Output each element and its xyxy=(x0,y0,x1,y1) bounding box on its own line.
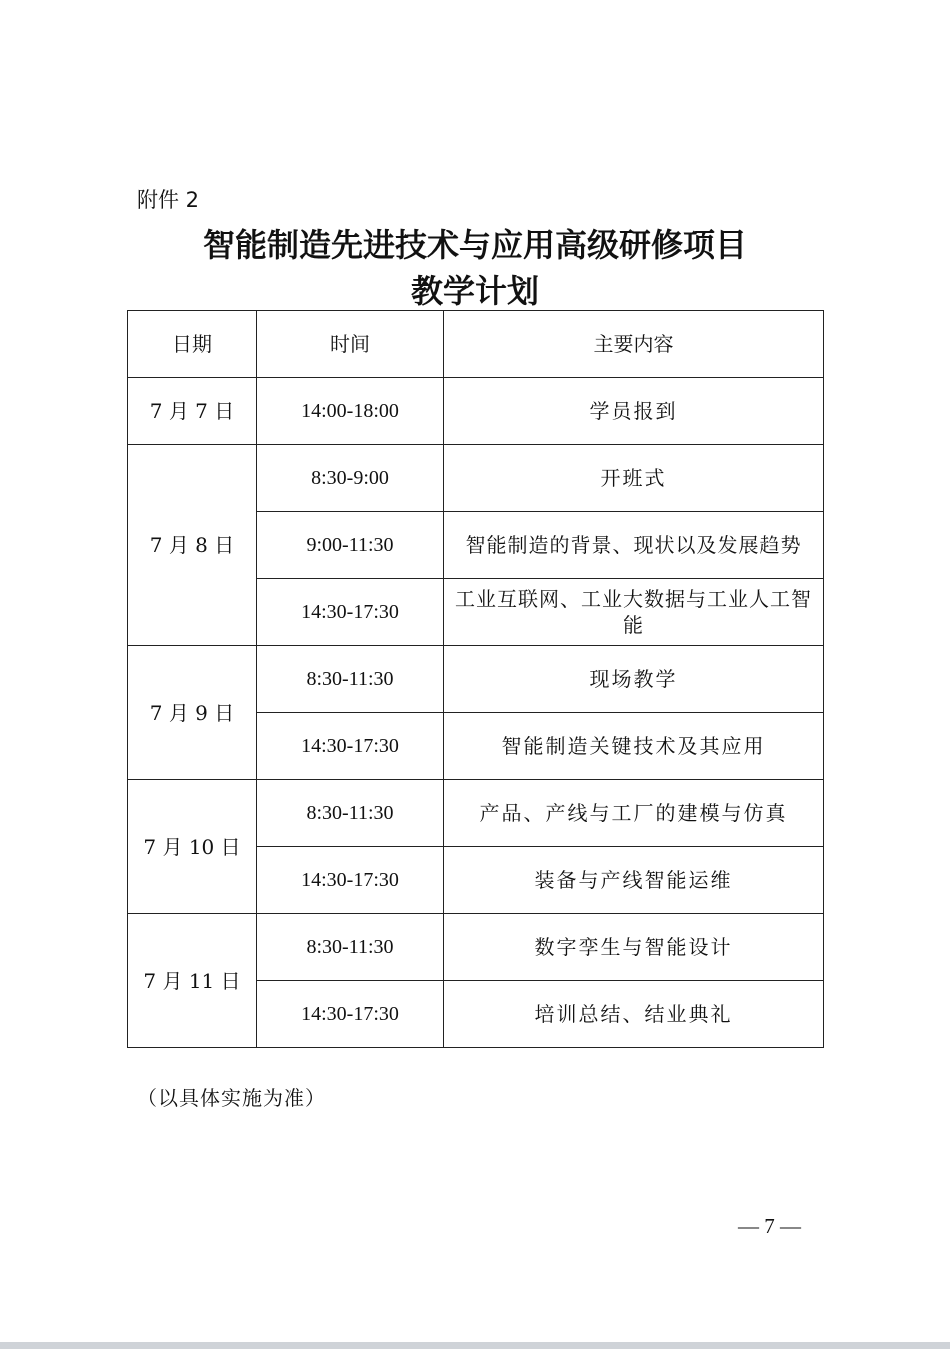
attachment-label: 附件 2 xyxy=(137,184,199,214)
page-number: — 7 — xyxy=(738,1214,801,1239)
time-cell: 14:30-17:30 xyxy=(257,579,444,646)
content-cell: 学员报到 xyxy=(444,378,824,445)
content-cell: 产品、产线与工厂的建模与仿真 xyxy=(444,780,824,847)
table-row: 7 月 11 日 8:30-11:30 数字孪生与智能设计 xyxy=(128,914,824,981)
date-cell: 7 月 11 日 xyxy=(128,914,257,1048)
time-cell: 8:30-11:30 xyxy=(257,780,444,847)
content-cell: 数字孪生与智能设计 xyxy=(444,914,824,981)
table-row: 7 月 8 日 8:30-9:00 开班式 xyxy=(128,445,824,512)
header-date: 日期 xyxy=(128,311,257,378)
content-cell: 开班式 xyxy=(444,445,824,512)
time-cell: 9:00-11:30 xyxy=(257,512,444,579)
footnote: （以具体实施为准） xyxy=(137,1082,326,1111)
content-cell: 智能制造的背景、现状以及发展趋势 xyxy=(444,512,824,579)
time-cell: 8:30-11:30 xyxy=(257,914,444,981)
content-cell: 装备与产线智能运维 xyxy=(444,847,824,914)
content-cell: 智能制造关键技术及其应用 xyxy=(444,713,824,780)
table-row: 7 月 7 日 14:00-18:00 学员报到 xyxy=(128,378,824,445)
document-title: 智能制造先进技术与应用高级研修项目 xyxy=(0,220,950,266)
time-cell: 8:30-11:30 xyxy=(257,646,444,713)
date-cell: 7 月 8 日 xyxy=(128,445,257,646)
table-header-row: 日期 时间 主要内容 xyxy=(128,311,824,378)
time-cell: 14:30-17:30 xyxy=(257,981,444,1048)
date-cell: 7 月 7 日 xyxy=(128,378,257,445)
date-cell: 7 月 9 日 xyxy=(128,646,257,780)
date-cell: 7 月 10 日 xyxy=(128,780,257,914)
time-cell: 14:30-17:30 xyxy=(257,847,444,914)
viewer-bottom-edge xyxy=(0,1342,950,1349)
time-cell: 8:30-9:00 xyxy=(257,445,444,512)
content-cell: 培训总结、结业典礼 xyxy=(444,981,824,1048)
time-cell: 14:00-18:00 xyxy=(257,378,444,445)
content-cell: 工业互联网、工业大数据与工业人工智能 xyxy=(444,579,824,646)
content-cell: 现场教学 xyxy=(444,646,824,713)
header-time: 时间 xyxy=(257,311,444,378)
header-content: 主要内容 xyxy=(444,311,824,378)
table-row: 7 月 9 日 8:30-11:30 现场教学 xyxy=(128,646,824,713)
document-subtitle: 教学计划 xyxy=(0,266,950,312)
table-row: 7 月 10 日 8:30-11:30 产品、产线与工厂的建模与仿真 xyxy=(128,780,824,847)
teaching-plan-table: 日期 时间 主要内容 7 月 7 日 14:00-18:00 学员报到 7 月 … xyxy=(127,310,824,1048)
time-cell: 14:30-17:30 xyxy=(257,713,444,780)
